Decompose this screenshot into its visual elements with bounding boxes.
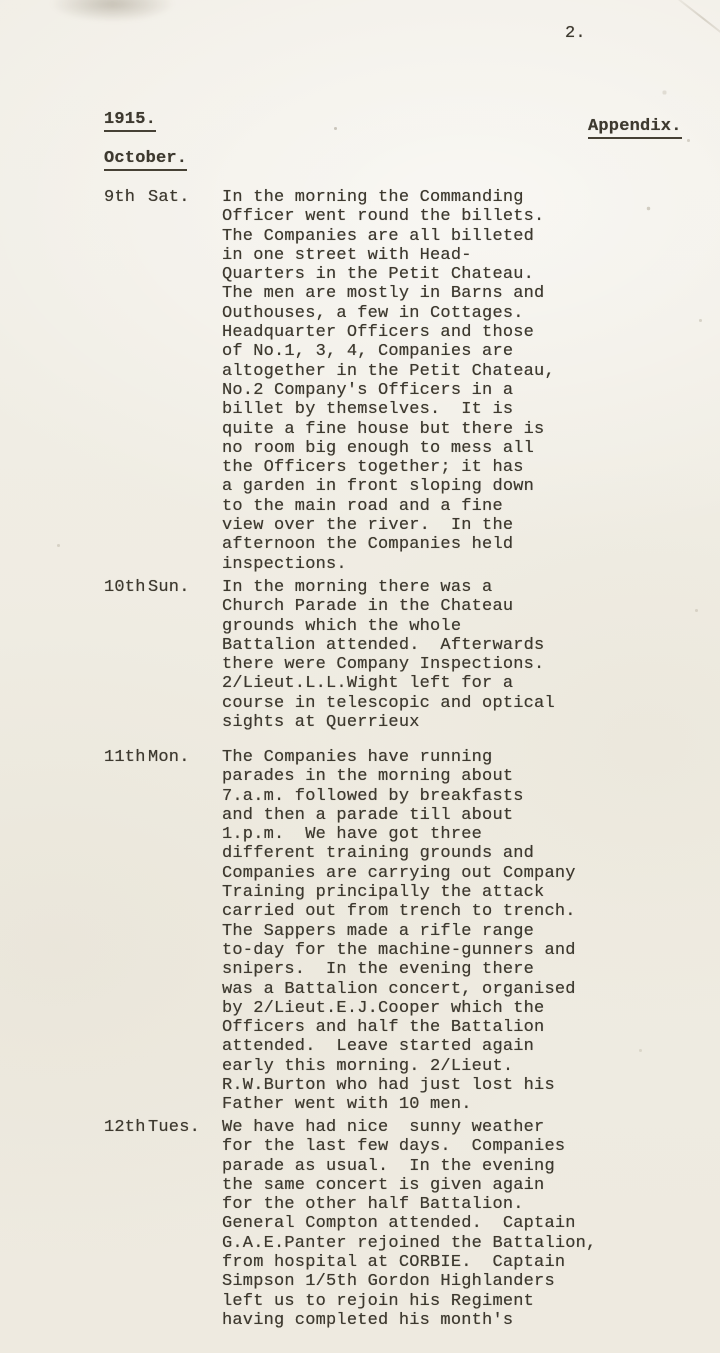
entry-day: Tues. <box>148 1118 222 1137</box>
year-heading: 1915. <box>104 110 156 132</box>
entry-date: 12th <box>104 1118 148 1137</box>
appendix-heading: Appendix. <box>588 117 682 139</box>
diary-entry-12th-tues: 12th Tues. We have had nice sunny weathe… <box>104 1118 660 1330</box>
ink-smudge-mark <box>50 0 175 22</box>
entry-body: In the morning the Commanding Officer we… <box>222 188 660 574</box>
entry-date: 11th <box>104 748 148 767</box>
diary-entry-11th-mon: 11th Mon. The Companies have running par… <box>104 748 660 1115</box>
diary-entry-10th-sun: 10th Sun. In the morning there was a Chu… <box>104 578 660 732</box>
paper-crease-mark <box>667 0 720 47</box>
page-number: 2. <box>565 24 586 43</box>
paper-speckles <box>0 0 1 1</box>
month-heading: October. <box>104 149 187 171</box>
entry-day: Sat. <box>148 188 222 207</box>
entry-body: We have had nice sunny weather for the l… <box>222 1118 660 1330</box>
entry-body: In the morning there was a Church Parade… <box>222 578 660 732</box>
entry-day: Sun. <box>148 578 222 597</box>
war-diary-page: 2. 1915. Appendix. October. 9th Sat. In … <box>0 0 720 1353</box>
entry-day: Mon. <box>148 748 222 767</box>
diary-entry-9th-sat: 9th Sat. In the morning the Commanding O… <box>104 188 660 574</box>
entry-body: The Companies have running parades in th… <box>222 748 660 1115</box>
entry-date: 9th <box>104 188 148 207</box>
entry-date: 10th <box>104 578 148 597</box>
